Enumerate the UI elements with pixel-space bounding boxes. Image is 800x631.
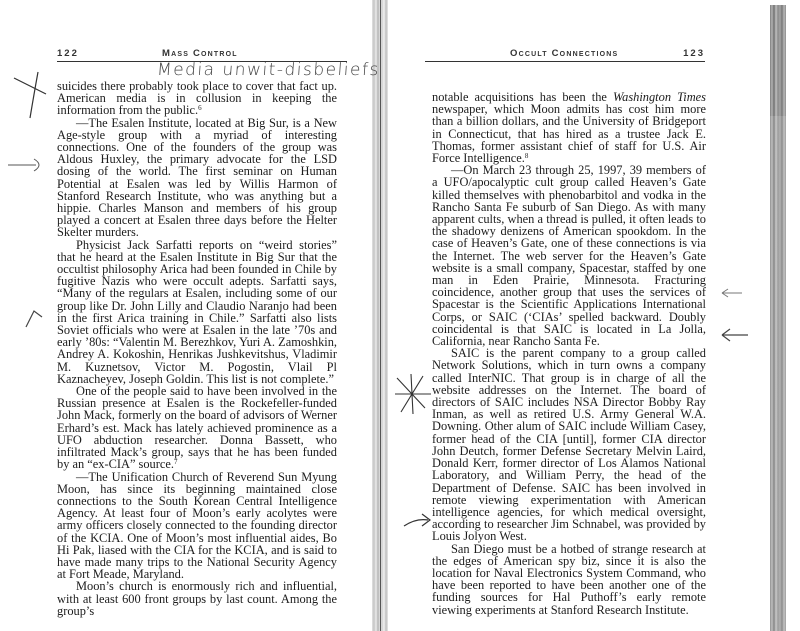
tick-mark-icon [14,305,44,335]
arrow-right-icon [402,510,434,534]
left-page-number: 122 [57,48,79,59]
right-page-number: 123 [683,48,705,59]
paragraph: suicides there probably took place to co… [57,80,337,117]
left-running-title: Mass Control [162,48,238,59]
arrow-left-icon [718,285,748,301]
right-body-text: notable acquisitions has been the Washin… [432,91,706,616]
book-spine-line [380,0,381,631]
arrow-right-icon [6,155,46,175]
paragraph: —The Unification Church of Reverend Sun … [57,471,337,581]
paragraph: Physicist Jack Sarfatti reports on “weir… [57,239,337,385]
x-mark-icon [10,70,50,120]
right-running-head: Occult Connections 123 [425,48,705,62]
right-running-title: Occult Connections [510,48,618,59]
paragraph: notable acquisitions has been the Washin… [432,91,706,164]
footnote-marker: 7 [174,458,178,466]
paragraph: —On March 23 through 25, 1997, 39 member… [432,164,706,347]
paragraph: SAIC is the parent company to a group ca… [432,347,706,542]
paragraph: San Diego must be a hotbed of strange re… [432,543,706,616]
handwritten-note: Media unwit-disbeliefs [156,60,380,80]
paragraph: Moon’s church is enormously rich and inf… [57,580,337,617]
page-edge-shadow-lower [770,116,786,631]
left-body-text: suicides there probably took place to co… [57,80,337,617]
arrow-left-icon [718,327,752,343]
page-edge-shadow [770,5,786,116]
paragraph: —The Esalen Institute, located at Big Su… [57,117,337,239]
star-mark-icon [393,372,433,416]
paragraph: One of the people said to have been invo… [57,385,337,470]
footnote-marker: 8 [525,152,529,160]
footnote-marker: 6 [198,104,202,112]
